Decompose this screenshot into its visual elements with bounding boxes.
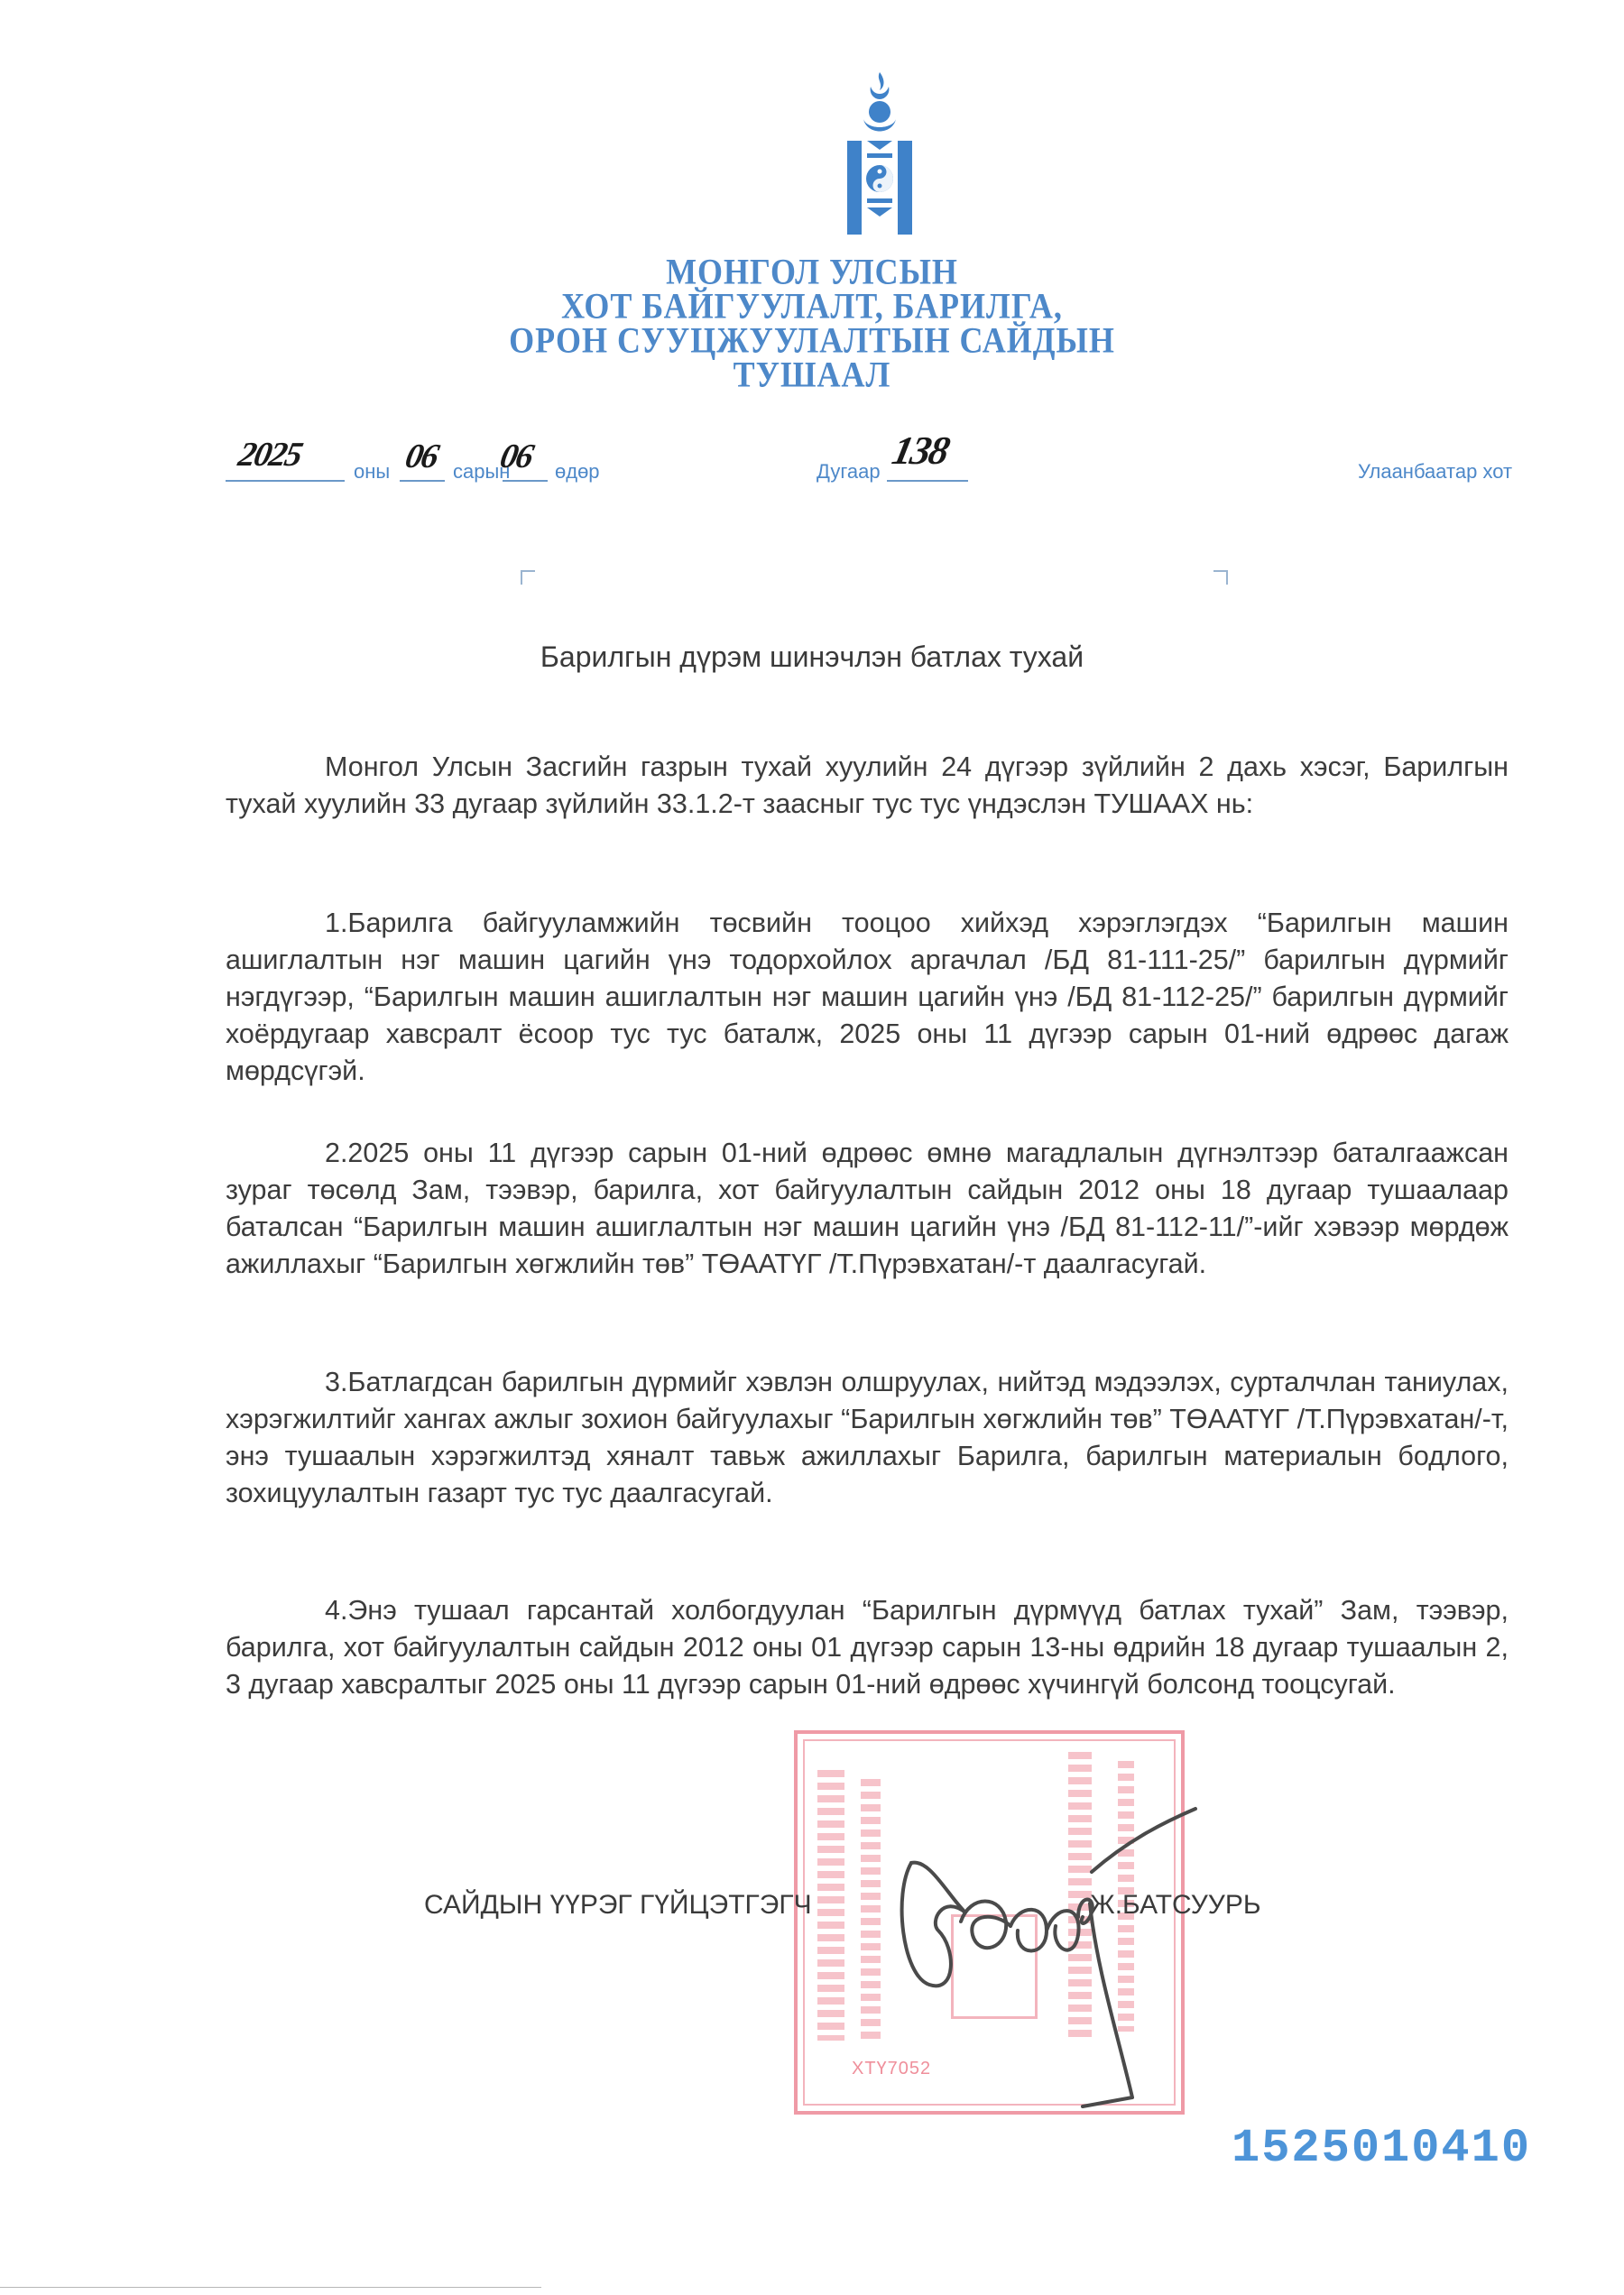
corner-mark-left xyxy=(521,570,535,585)
number-underline xyxy=(887,480,968,482)
order-item-text: 3.Батлагдсан барилгын дүрмийг хэвлэн олш… xyxy=(226,1364,1509,1512)
handwritten-order-number: 138 xyxy=(889,428,953,474)
header-line-4: ТУШААЛ xyxy=(0,355,1624,394)
registration-number: 1525010410 xyxy=(1232,2122,1531,2175)
stamp-mongol-script-left-2 xyxy=(861,1779,881,2041)
year-underline xyxy=(226,480,345,482)
document-title: Барилгын дүрэм шинэчлэн батлах тухай xyxy=(0,641,1624,674)
order-item-3: 3.Батлагдсан барилгын дүрмийг хэвлэн олш… xyxy=(226,1364,1509,1512)
handwritten-month: 06 xyxy=(401,437,440,476)
city-label: Улаанбаатар хот xyxy=(1358,460,1512,484)
soyombo-emblem-icon xyxy=(844,70,916,237)
intro-paragraph: Монгол Улсын Засгийн газрын тухай хуулий… xyxy=(226,749,1509,823)
year-label: оны xyxy=(354,460,390,484)
handwritten-day: 06 xyxy=(496,437,535,476)
signatory-role: САЙДЫН ҮҮРЭГ ГҮЙЦЭТГЭГЧ xyxy=(424,1890,812,1921)
order-item-text: 2.2025 оны 11 дүгээр сарын 01-ний өдрөөс… xyxy=(226,1135,1509,1283)
month-underline xyxy=(400,480,445,482)
corner-mark-right xyxy=(1213,570,1228,585)
ministry-header: МОНГОЛ УЛСЫН ХОТ БАЙГУУЛАЛТ, БАРИЛГА, ОР… xyxy=(0,254,1624,392)
handwritten-signature xyxy=(893,1768,1200,2111)
day-label: өдөр xyxy=(555,460,600,484)
order-item-4: 4.Энэ тушаал гарсантай холбогдуулан “Бар… xyxy=(226,1592,1509,1703)
order-item-text: 1.Барилга байгууламжийн төсвийн тооцоо х… xyxy=(226,905,1509,1090)
intro-text: Монгол Улсын Засгийн газрын тухай хуулий… xyxy=(226,749,1509,823)
order-item-text: 4.Энэ тушаал гарсантай холбогдуулан “Бар… xyxy=(226,1592,1509,1703)
order-item-2: 2.2025 оны 11 дүгээр сарын 01-ний өдрөөс… xyxy=(226,1135,1509,1283)
scan-edge-line xyxy=(0,2287,541,2288)
order-item-1: 1.Барилга байгууламжийн төсвийн тооцоо х… xyxy=(226,905,1509,1090)
day-underline xyxy=(503,480,548,482)
number-label: Дугаар xyxy=(817,460,881,484)
stamp-mongol-script-left xyxy=(817,1770,844,2041)
handwritten-year: 2025 xyxy=(235,435,304,475)
order-meta-row: 2025 оны 06 сарын 06 өдөр Дугаар 138 Ула… xyxy=(0,440,1624,494)
